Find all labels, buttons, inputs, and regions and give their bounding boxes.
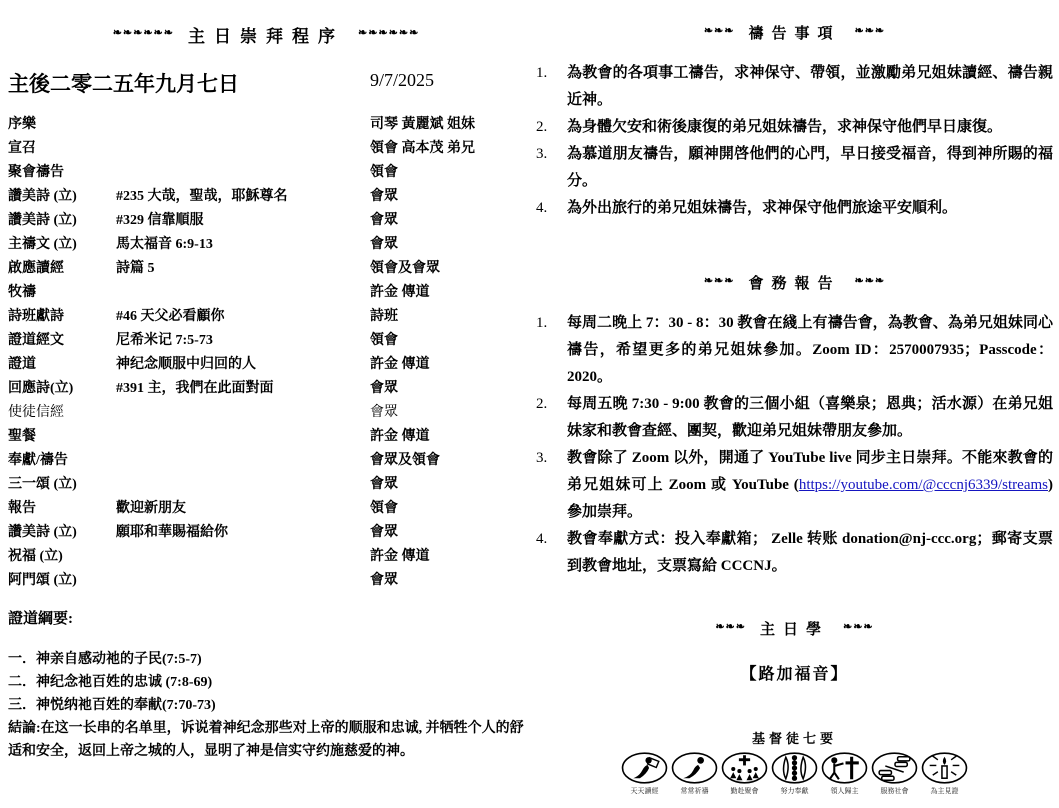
outline-item: 二．神纪念祂百姓的忠诚 (7:8-69): [8, 671, 524, 694]
program-item-detail: 尼希米记 7:5-73: [116, 329, 370, 349]
program-item-detail: #235 大哉，聖哉，耶穌尊名: [116, 185, 370, 205]
sunday-school-title: 主日學: [760, 618, 829, 639]
program-item-person: 會眾: [370, 377, 524, 397]
program-item-person: 領會及會眾: [370, 257, 524, 277]
program-item-label: 牧禱: [8, 281, 116, 301]
program-item-label: 詩班獻詩: [8, 305, 116, 325]
seven-essentials-caption: 為主見證: [921, 786, 968, 796]
program-item-person: 領會 高本茂 弟兄: [370, 137, 524, 157]
seven-essentials-caption: 努力奉獻: [771, 786, 818, 796]
seven-essentials-caption: 領人歸主: [821, 786, 868, 796]
program-row: 三一頌 (立)會眾: [8, 471, 524, 495]
sunday-school-section-header: ❧❧❧ 主日學 ❧❧❧: [536, 618, 1053, 639]
program-item-label: 讚美詩 (立): [8, 209, 116, 229]
ornament-right: ❧❧❧: [855, 276, 886, 287]
daily-bible-reading-icon: [621, 751, 668, 785]
program-item-label: 讚美詩 (立): [8, 185, 116, 205]
program-item-detail: 詩篇 5: [116, 257, 370, 277]
program-item-person: 許金 傳道: [370, 425, 524, 445]
page-title: 主日崇拜程序: [188, 22, 344, 47]
sunday-school-content: 【路加福音】: [536, 661, 1053, 684]
program-item-detail: 神纪念顺服中归回的人: [116, 353, 370, 373]
seven-essentials-item: 服務社會: [871, 751, 918, 796]
ornament-right: ❧❧❧: [843, 622, 874, 633]
prayer-item: 1.為教會的各項事工禱告，求神保守、帶領，並激勵弟兄姐妹讀經、禱告親近神。: [536, 60, 1053, 114]
program-row: 序樂司琴 黃麗斌 姐妹: [8, 111, 524, 135]
attend-gathering-icon: [721, 751, 768, 785]
program-item-label: 證道經文: [8, 329, 116, 349]
prayer-section-title: 禱告事項: [748, 22, 840, 43]
ornament-left: ❧❧❧: [715, 622, 746, 633]
program-item-label: 聚會禱告: [8, 161, 116, 181]
ornament-left: ❧❧❧: [704, 26, 735, 37]
program-item-label: 報告: [8, 497, 116, 517]
item-number: 3.: [536, 141, 567, 195]
program-item-label: 序樂: [8, 113, 116, 133]
program-item-person: 許金 傳道: [370, 353, 524, 373]
program-item-person: 許金 傳道: [370, 545, 524, 565]
serve-society-icon: [871, 751, 918, 785]
announcement-text: 每周五晚 7:30 - 9:00 教會的三個小組（喜樂泉；恩典；活水源）在弟兄姐…: [567, 391, 1053, 445]
program-row: 讚美詩 (立)#329 信靠順服會眾: [8, 207, 524, 231]
seven-essentials-item: 常常祈禱: [671, 751, 718, 796]
program-row: 讚美詩 (立)#235 大哉，聖哉，耶穌尊名會眾: [8, 183, 524, 207]
seven-essentials-item: 努力奉獻: [771, 751, 818, 796]
program-item-person: 許金 傳道: [370, 281, 524, 301]
program-row: 宣召領會 高本茂 弟兄: [8, 135, 524, 159]
program-item-label: 聖餐: [8, 425, 116, 445]
program-item-detail: 馬太福音 6:9-13: [116, 233, 370, 253]
program-list: 序樂司琴 黃麗斌 姐妹宣召領會 高本茂 弟兄聚會禱告領會讚美詩 (立)#235 …: [8, 111, 524, 591]
program-item-person: 司琴 黃麗斌 姐妹: [370, 113, 524, 133]
program-item-detail: #46 天父必看顧你: [116, 305, 370, 325]
date-chinese: 主後二零二五年九月七日: [8, 72, 239, 96]
prayer-item: 4.為外出旅行的弟兄姐妹禱告，求神保守他們旅途平安順利。: [536, 195, 1053, 222]
sermon-outline-body: 一．神亲自感动祂的子民(7:5-7)二．神纪念祂百姓的忠诚 (7:8-69)三．…: [8, 648, 524, 763]
prayer-text: 為慕道朋友禱告，願神開啓他們的心門，早日接受福音，得到神所賜的福分。: [567, 141, 1053, 195]
prayer-list: 1.為教會的各項事工禱告，求神保守、帶領，並激勵弟兄姐妹讀經、禱告親近神。2.為…: [536, 60, 1053, 222]
seven-essentials-item: 天天讀經: [621, 751, 668, 796]
constant-prayer-icon: [671, 751, 718, 785]
seven-essentials-item: 為主見證: [921, 751, 968, 796]
program-item-person: 詩班: [370, 305, 524, 325]
program-item-label: 讚美詩 (立): [8, 521, 116, 541]
program-row: 報告歡迎新朋友領會: [8, 495, 524, 519]
announcement-item: 4.教會奉獻方式：投入奉獻箱； Zelle 转账 donation@nj-ccc…: [536, 526, 1053, 580]
seven-essentials-caption: 服務社會: [871, 786, 918, 796]
seven-essentials-item: 領人歸主: [821, 751, 868, 796]
worship-bulletin-page: ❧❧❧❧❧❧ 主日崇拜程序 ❧❧❧❧❧❧ 主後二零二五年九月七日 9/7/202…: [0, 0, 1059, 808]
prayer-text: 為教會的各項事工禱告，求神保守、帶領，並激勵弟兄姐妹讀經、禱告親近神。: [567, 60, 1053, 114]
seven-essentials-title: 基督徒七要: [536, 728, 1053, 747]
program-item-person: 領會: [370, 329, 524, 349]
program-item-label: 證道: [8, 353, 116, 373]
program-item-label: 奉獻/禱告: [8, 449, 116, 469]
program-item-detail: 歡迎新朋友: [116, 497, 370, 517]
seven-essentials-caption: 天天讀經: [621, 786, 668, 796]
program-item-person: 會眾: [370, 521, 524, 541]
item-number: 3.: [536, 445, 567, 526]
program-item-label: 啟應讀經: [8, 257, 116, 277]
program-row: 讚美詩 (立)願耶和華賜福給你會眾: [8, 519, 524, 543]
program-row: 聚會禱告領會: [8, 159, 524, 183]
announcements-section-title: 會務報告: [748, 272, 840, 293]
program-item-detail: #329 信靠順服: [116, 209, 370, 229]
announcement-item: 3.教會除了 Zoom 以外，開通了 YouTube live 同步主日崇拜。不…: [536, 445, 1053, 526]
announcement-list: 1.每周二晚上 7：30 - 8：30 教會在綫上有禱告會，為教會、為弟兄姐妹同…: [536, 310, 1053, 580]
program-row: 證道經文尼希米记 7:5-73領會: [8, 327, 524, 351]
program-row: 阿門頌 (立)會眾: [8, 567, 524, 591]
program-row: 聖餐許金 傳道: [8, 423, 524, 447]
program-item-person: 會眾: [370, 233, 524, 253]
ornament-right: ❧❧❧: [855, 26, 886, 37]
date-row: 主後二零二五年九月七日 9/7/2025: [8, 68, 524, 96]
item-number: 1.: [536, 60, 567, 114]
right-column: ❧❧❧ 禱告事項 ❧❧❧ 1.為教會的各項事工禱告，求神保守、帶領，並激勵弟兄姐…: [536, 0, 1053, 796]
program-row: 使徒信經會眾: [8, 399, 524, 423]
program-row: 證道神纪念顺服中归回的人許金 傳道: [8, 351, 524, 375]
sermon-outline-heading: 證道綱要:: [8, 607, 524, 628]
prayer-text: 為外出旅行的弟兄姐妹禱告，求神保守他們旅途平安順利。: [567, 195, 1053, 222]
program-row: 回應詩(立)#391 主，我們在此面對面會眾: [8, 375, 524, 399]
item-number: 4.: [536, 195, 567, 222]
prayer-item: 3.為慕道朋友禱告，願神開啓他們的心門，早日接受福音，得到神所賜的福分。: [536, 141, 1053, 195]
program-item-person: 會眾及領會: [370, 449, 524, 469]
item-number: 2.: [536, 114, 567, 141]
program-item-person: 會眾: [370, 569, 524, 589]
announcement-text: 教會除了 Zoom 以外，開通了 YouTube live 同步主日崇拜。不能來…: [567, 445, 1053, 526]
program-item-person: 會眾: [370, 473, 524, 493]
item-number: 2.: [536, 391, 567, 445]
program-item-detail: 願耶和華賜福給你: [116, 521, 370, 541]
program-item-label: 宣召: [8, 137, 116, 157]
seven-essentials-item: 勤赴聚會: [721, 751, 768, 796]
program-item-label: 阿門頌 (立): [8, 569, 116, 589]
ornament-left: ❧❧❧❧❧❧: [113, 28, 174, 39]
date-numeric: 9/7/2025: [370, 70, 434, 91]
program-row: 詩班獻詩#46 天父必看顧你詩班: [8, 303, 524, 327]
program-row: 奉獻/禱告會眾及領會: [8, 447, 524, 471]
announcement-text: 每周二晚上 7：30 - 8：30 教會在綫上有禱告會，為教會、為弟兄姐妹同心禱…: [567, 310, 1053, 391]
item-number: 1.: [536, 310, 567, 391]
outline-conclusion: 結論:在这一长串的名单里，诉说着神纪念那些对上帝的顺服和忠诚, 并牺牲个人的舒适…: [8, 717, 524, 763]
seven-essentials-caption: 常常祈禱: [671, 786, 718, 796]
program-row: 祝福 (立)許金 傳道: [8, 543, 524, 567]
announcement-text: 教會奉獻方式：投入奉獻箱； Zelle 转账 donation@nj-ccc.o…: [567, 526, 1053, 580]
ornament-left: ❧❧❧: [704, 276, 735, 287]
program-item-label: 回應詩(立): [8, 377, 116, 397]
program-item-label: 使徒信經: [8, 401, 116, 421]
program-title-row: ❧❧❧❧❧❧ 主日崇拜程序 ❧❧❧❧❧❧: [8, 22, 524, 47]
program-item-detail: #391 主，我們在此面對面: [116, 377, 370, 397]
ornament-right: ❧❧❧❧❧❧: [358, 28, 419, 39]
announcements-section-header: ❧❧❧ 會務報告 ❧❧❧: [536, 272, 1053, 293]
announcement-link[interactable]: https://youtube.com/@cccnj6339/streams: [799, 477, 1048, 493]
outline-item: 一．神亲自感动祂的子民(7:5-7): [8, 648, 524, 671]
item-number: 4.: [536, 526, 567, 580]
program-item-person: 會眾: [370, 401, 524, 421]
seven-essentials-logo: 基督徒七要 天天讀經常常祈禱勤赴聚會努力奉獻領人歸主服務社會為主見證: [536, 728, 1053, 796]
program-item-person: 會眾: [370, 185, 524, 205]
program-item-person: 領會: [370, 497, 524, 517]
program-item-label: 主禱文 (立): [8, 233, 116, 253]
program-item-person: 會眾: [370, 209, 524, 229]
announcement-item: 2.每周五晚 7:30 - 9:00 教會的三個小組（喜樂泉；恩典；活水源）在弟…: [536, 391, 1053, 445]
seven-essentials-caption: 勤赴聚會: [721, 786, 768, 796]
outline-item: 三．神悦纳祂百姓的奉献(7:70-73): [8, 694, 524, 717]
prayer-section-header: ❧❧❧ 禱告事項 ❧❧❧: [536, 22, 1053, 43]
program-row: 啟應讀經詩篇 5領會及會眾: [8, 255, 524, 279]
program-item-person: 領會: [370, 161, 524, 181]
left-column: ❧❧❧❧❧❧ 主日崇拜程序 ❧❧❧❧❧❧ 主後二零二五年九月七日 9/7/202…: [8, 0, 524, 763]
witness-for-lord-icon: [921, 751, 968, 785]
seven-essentials-icons: 天天讀經常常祈禱勤赴聚會努力奉獻領人歸主服務社會為主見證: [536, 751, 1053, 796]
program-row: 主禱文 (立)馬太福音 6:9-13會眾: [8, 231, 524, 255]
prayer-text: 為身體欠安和術後康復的弟兄姐妹禱告，求神保守他們早日康復。: [567, 114, 1053, 141]
diligent-offering-icon: [771, 751, 818, 785]
prayer-item: 2.為身體欠安和術後康復的弟兄姐妹禱告，求神保守他們早日康復。: [536, 114, 1053, 141]
lead-to-christ-icon: [821, 751, 868, 785]
sermon-outline: 證道綱要: 一．神亲自感动祂的子民(7:5-7)二．神纪念祂百姓的忠诚 (7:8…: [8, 607, 524, 763]
announcement-item: 1.每周二晚上 7：30 - 8：30 教會在綫上有禱告會，為教會、為弟兄姐妹同…: [536, 310, 1053, 391]
program-row: 牧禱許金 傳道: [8, 279, 524, 303]
program-item-label: 祝福 (立): [8, 545, 116, 565]
program-item-label: 三一頌 (立): [8, 473, 116, 493]
